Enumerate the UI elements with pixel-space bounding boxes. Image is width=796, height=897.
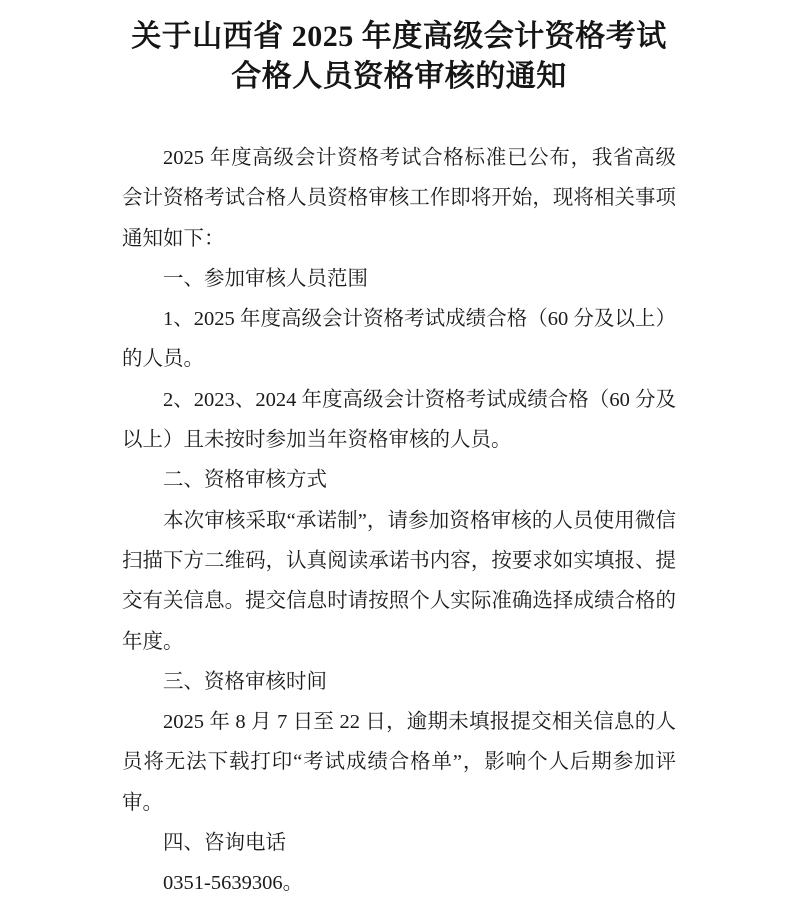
section-heading-4: 四、咨询电话 [122,823,676,863]
notice-content: 关于山西省 2025 年度高级会计资格考试 合格人员资格审核的通知 2025 年… [122,0,676,897]
section-heading-3: 三、资格审核时间 [122,662,676,702]
section-1-item-1: 1、2025 年度高级会计资格考试成绩合格（60 分及以上）的人员。 [122,299,676,380]
section-heading-2: 二、资格审核方式 [122,460,676,500]
notice-document-page: 关于山西省 2025 年度高级会计资格考试 合格人员资格审核的通知 2025 年… [0,0,796,897]
section-2-paragraph: 本次审核采取“承诺制”，请参加资格审核的人员使用微信扫描下方二维码，认真阅读承诺… [122,501,676,662]
section-1-item-2: 2、2023、2024 年度高级会计资格考试成绩合格（60 分及以上）且未按时参… [122,380,676,461]
notice-title: 关于山西省 2025 年度高级会计资格考试 合格人员资格审核的通知 [122,17,676,97]
section-heading-1: 一、参加审核人员范围 [122,259,676,299]
notice-title-line-1: 关于山西省 2025 年度高级会计资格考试 [122,17,676,57]
intro-paragraph: 2025 年度高级会计资格考试合格标准已公布，我省高级会计资格考试合格人员资格审… [122,138,676,259]
contact-phone-number: 0351-5639306。 [122,863,676,897]
notice-body: 2025 年度高级会计资格考试合格标准已公布，我省高级会计资格考试合格人员资格审… [122,138,676,897]
section-3-paragraph: 2025 年 8 月 7 日至 22 日，逾期未填报提交相关信息的人员将无法下载… [122,702,676,823]
notice-title-line-2: 合格人员资格审核的通知 [122,57,676,97]
